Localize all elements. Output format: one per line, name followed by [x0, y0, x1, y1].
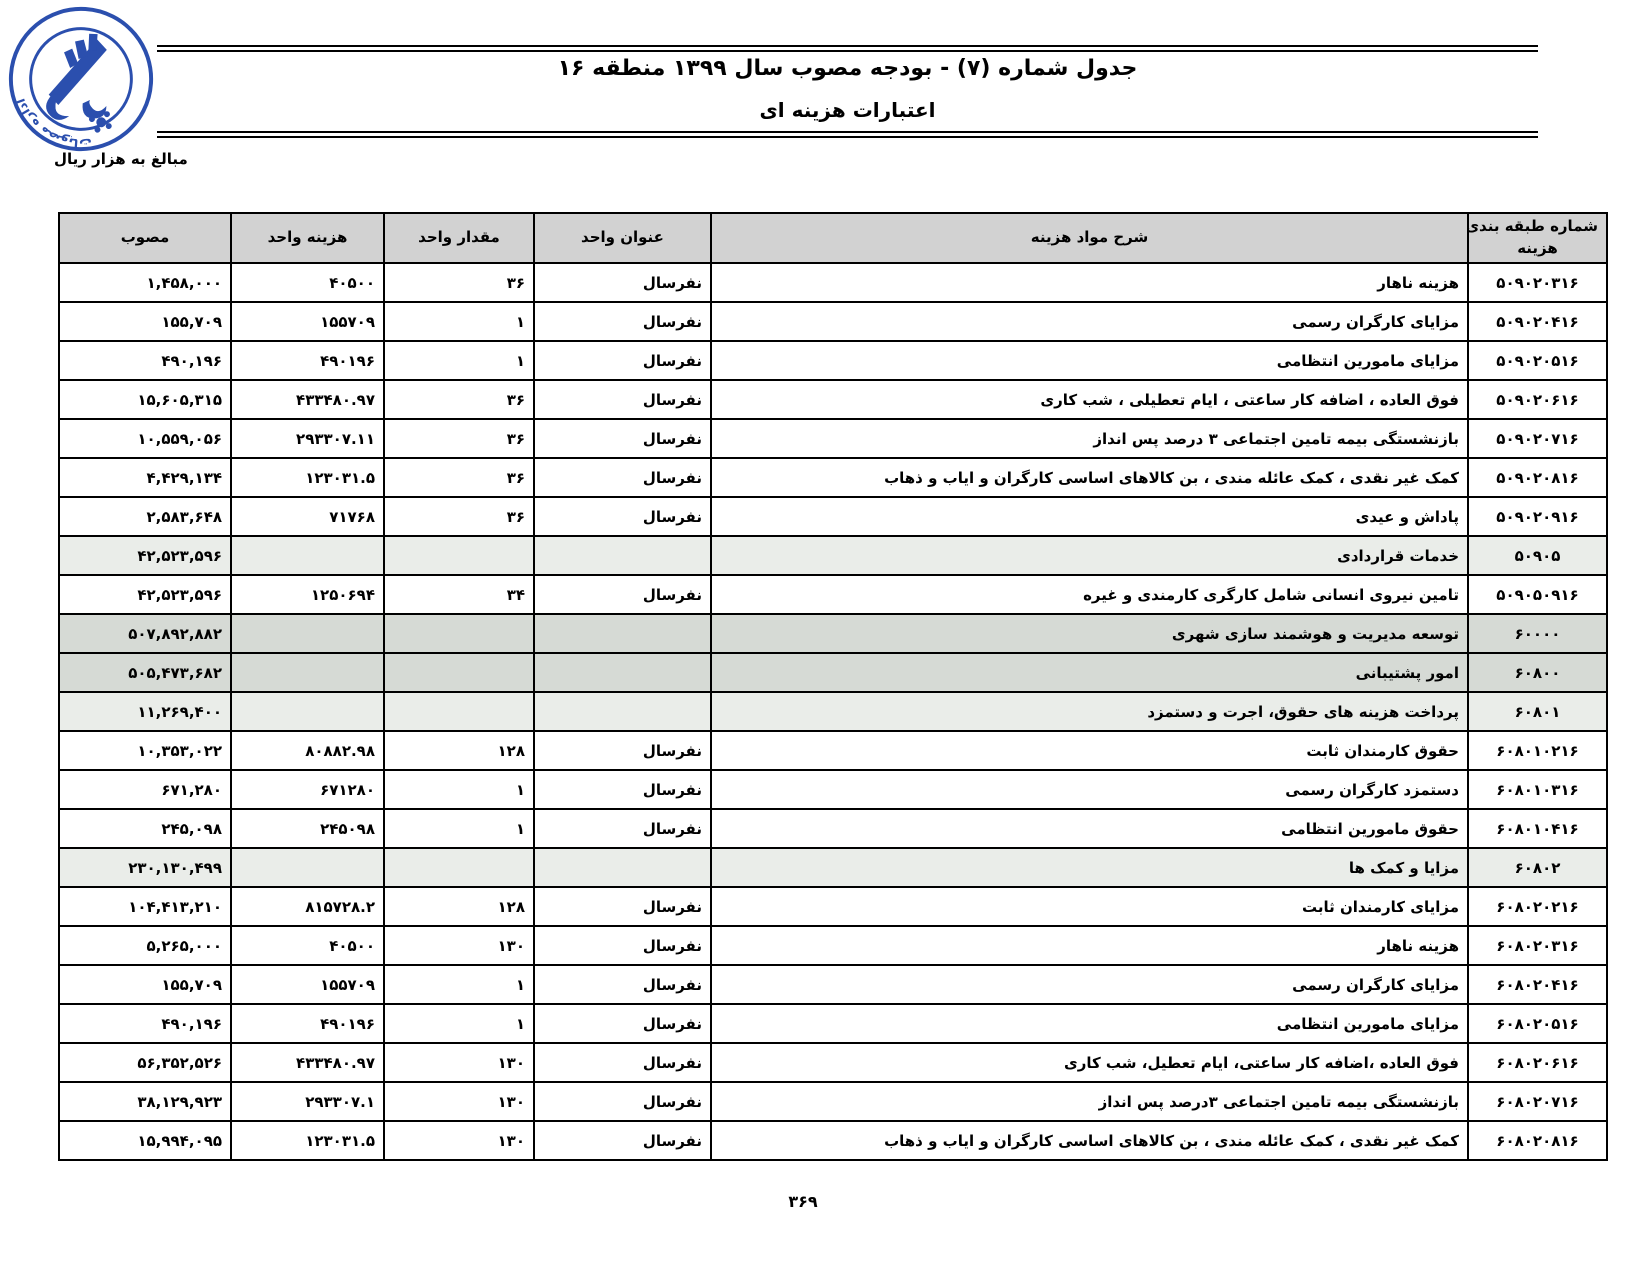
- bottom-double-rule: [157, 131, 1538, 138]
- cell-unit-quantity: ۱: [384, 770, 534, 809]
- cell-approved: ۱,۴۵۸,۰۰۰: [59, 263, 231, 302]
- cell-unit-title: نفرسال: [534, 1121, 711, 1160]
- cell-unit-title: نفرسال: [534, 965, 711, 1004]
- cell-unit-title: نفرسال: [534, 1082, 711, 1121]
- cell-description: هزینه ناهار: [711, 263, 1468, 302]
- cell-unit-quantity: [384, 692, 534, 731]
- top-double-rule: [157, 45, 1538, 52]
- table-row: ۶۰۸۰۱ پرداخت هزینه های حقوق، اجرت و دستم…: [59, 692, 1607, 731]
- header-classification-line2: هزینه: [1477, 238, 1598, 260]
- cell-unit-cost: [231, 653, 384, 692]
- table-row: ۶۰۸۰۲۰۶۱۶ فوق العاده ،اضافه کار ساعتی، ا…: [59, 1043, 1607, 1082]
- document-title: جدول شماره (۷) - بودجه مصوب سال ۱۳۹۹ منط…: [157, 56, 1538, 81]
- cell-unit-title: نفرسال: [534, 1004, 711, 1043]
- cell-approved: ۲۳۰,۱۳۰,۴۹۹: [59, 848, 231, 887]
- header-unit-title: عنوان واحد: [534, 213, 711, 263]
- cell-approved: ۴۲,۵۲۳,۵۹۶: [59, 575, 231, 614]
- cell-unit-cost: [231, 536, 384, 575]
- cell-unit-quantity: ۱: [384, 1004, 534, 1043]
- cell-description: دستمزد کارگران رسمی: [711, 770, 1468, 809]
- cell-classification-number: ۵۰۹۰۲۰۷۱۶: [1468, 419, 1607, 458]
- cell-description: مزایای کارگران رسمی: [711, 965, 1468, 1004]
- cell-unit-title: نفرسال: [534, 1043, 711, 1082]
- cell-unit-quantity: ۳۶: [384, 419, 534, 458]
- cell-description: فوق العاده ،اضافه کار ساعتی، ایام تعطیل،…: [711, 1043, 1468, 1082]
- cell-unit-title: نفرسال: [534, 458, 711, 497]
- cell-unit-title: [534, 536, 711, 575]
- cell-classification-number: ۶۰۸۰۲۰۵۱۶: [1468, 1004, 1607, 1043]
- cell-description: مزایای کارمندان ثابت: [711, 887, 1468, 926]
- cell-unit-quantity: ۱۳۰: [384, 1121, 534, 1160]
- cell-classification-number: ۶۰۸۰۱۰۲۱۶: [1468, 731, 1607, 770]
- cell-unit-title: نفرسال: [534, 575, 711, 614]
- table-row: ۶۰۸۰۲۰۷۱۶ بازنشستگی بیمه تامین اجتماعی ۳…: [59, 1082, 1607, 1121]
- cell-unit-title: نفرسال: [534, 419, 711, 458]
- cell-approved: ۶۷۱,۲۸۰: [59, 770, 231, 809]
- cell-unit-title: [534, 692, 711, 731]
- header-classification-line1: شماره طبقه بندی: [1477, 216, 1598, 238]
- cell-classification-number: ۵۰۹۰۲۰۶۱۶: [1468, 380, 1607, 419]
- cell-classification-number: ۶۰۸۰۲۰۷۱۶: [1468, 1082, 1607, 1121]
- cell-unit-title: نفرسال: [534, 341, 711, 380]
- cell-approved: ۲۴۵,۰۹۸: [59, 809, 231, 848]
- cell-description: پرداخت هزینه های حقوق، اجرت و دستمزد: [711, 692, 1468, 731]
- cell-description: مزایای مامورین انتظامی: [711, 341, 1468, 380]
- cell-classification-number: ۵۰۹۰۲۰۴۱۶: [1468, 302, 1607, 341]
- cell-unit-cost: ۴۰۵۰۰: [231, 263, 384, 302]
- table-row: ۶۰۸۰۲۰۲۱۶ مزایای کارمندان ثابت نفرسال ۱۲…: [59, 887, 1607, 926]
- cell-classification-number: ۵۰۹۰۲۰۵۱۶: [1468, 341, 1607, 380]
- cell-unit-cost: ۲۴۵۰۹۸: [231, 809, 384, 848]
- cell-unit-title: نفرسال: [534, 497, 711, 536]
- cell-classification-number: ۵۰۹۰۲۰۸۱۶: [1468, 458, 1607, 497]
- table-row: ۵۰۹۰۲۰۴۱۶ مزایای کارگران رسمی نفرسال ۱ ۱…: [59, 302, 1607, 341]
- cell-unit-quantity: [384, 536, 534, 575]
- cell-unit-quantity: ۳۶: [384, 458, 534, 497]
- cell-unit-title: نفرسال: [534, 302, 711, 341]
- cell-description: کمک غیر نقدی ، کمک عائله مندی ، بن کالاه…: [711, 1121, 1468, 1160]
- cell-approved: ۴۹۰,۱۹۶: [59, 341, 231, 380]
- cell-unit-cost: ۱۵۵۷۰۹: [231, 302, 384, 341]
- cell-unit-quantity: ۱: [384, 341, 534, 380]
- cell-classification-number: ۵۰۹۰۵۰۹۱۶: [1468, 575, 1607, 614]
- cell-approved: ۱۰۴,۴۱۳,۲۱۰: [59, 887, 231, 926]
- cell-description: تامین نیروی انسانی شامل کارگری کارمندی و…: [711, 575, 1468, 614]
- cell-unit-title: [534, 653, 711, 692]
- cell-unit-quantity: [384, 653, 534, 692]
- cell-unit-title: [534, 614, 711, 653]
- cell-classification-number: ۶۰۰۰۰: [1468, 614, 1607, 653]
- cell-classification-number: ۶۰۸۰۱: [1468, 692, 1607, 731]
- table-row: ۶۰۰۰۰ توسعه مدیریت و هوشمند سازی شهری ۵۰…: [59, 614, 1607, 653]
- cell-unit-cost: ۴۰۵۰۰: [231, 926, 384, 965]
- cell-unit-quantity: ۳۶: [384, 380, 534, 419]
- budget-table: شماره طبقه بندی هزینه شرح مواد هزینه عنو…: [58, 212, 1608, 1161]
- cell-unit-cost: ۱۵۵۷۰۹: [231, 965, 384, 1004]
- table-header-row: شماره طبقه بندی هزینه شرح مواد هزینه عنو…: [59, 213, 1607, 263]
- cell-approved: ۳۸,۱۲۹,۹۲۳: [59, 1082, 231, 1121]
- table-row: ۵۰۹۰۵ خدمات قراردادی ۴۲,۵۲۳,۵۹۶: [59, 536, 1607, 575]
- table-row: ۵۰۹۰۲۰۳۱۶ هزینه ناهار نفرسال ۳۶ ۴۰۵۰۰ ۱,…: [59, 263, 1607, 302]
- cell-description: هزینه ناهار: [711, 926, 1468, 965]
- table-row: ۵۰۹۰۲۰۸۱۶ کمک غیر نقدی ، کمک عائله مندی …: [59, 458, 1607, 497]
- cell-classification-number: ۶۰۸۰۲۰۸۱۶: [1468, 1121, 1607, 1160]
- cell-unit-quantity: [384, 614, 534, 653]
- table-row: ۶۰۸۰۱۰۳۱۶ دستمزد کارگران رسمی نفرسال ۱ ۶…: [59, 770, 1607, 809]
- cell-unit-quantity: ۳۶: [384, 263, 534, 302]
- cell-classification-number: ۶۰۸۰۰: [1468, 653, 1607, 692]
- cell-description: فوق العاده ، اضافه کار ساعتی ، ایام تعطی…: [711, 380, 1468, 419]
- header-classification-number: شماره طبقه بندی هزینه: [1468, 213, 1607, 263]
- document-page: { "page": { "title_line1": "جدول شماره (…: [0, 0, 1650, 1275]
- cell-approved: ۵۶,۳۵۲,۵۲۶: [59, 1043, 231, 1082]
- cell-approved: ۱۵۵,۷۰۹: [59, 965, 231, 1004]
- cell-classification-number: ۵۰۹۰۲۰۳۱۶: [1468, 263, 1607, 302]
- cell-unit-cost: ۱۲۳۰۳۱.۵: [231, 1121, 384, 1160]
- cell-unit-cost: ۴۳۳۴۸۰.۹۷: [231, 1043, 384, 1082]
- cell-unit-quantity: ۱: [384, 302, 534, 341]
- table-row: ۶۰۸۰۱۰۲۱۶ حقوق کارمندان ثابت نفرسال ۱۲۸ …: [59, 731, 1607, 770]
- table-row: ۶۰۸۰۲۰۸۱۶ کمک غیر نقدی ، کمک عائله مندی …: [59, 1121, 1607, 1160]
- cell-approved: ۱۰,۳۵۳,۰۲۲: [59, 731, 231, 770]
- cell-description: کمک غیر نقدی ، کمک عائله مندی ، بن کالاه…: [711, 458, 1468, 497]
- table-row: ۶۰۸۰۲۰۵۱۶ مزایای مامورین انتظامی نفرسال …: [59, 1004, 1607, 1043]
- cell-description: پاداش و عیدی: [711, 497, 1468, 536]
- table-row: ۶۰۸۰۰ امور پشتیبانی ۵۰۵,۴۷۳,۶۸۲: [59, 653, 1607, 692]
- header-approved: مصوب: [59, 213, 231, 263]
- cell-description: خدمات قراردادی: [711, 536, 1468, 575]
- cell-unit-quantity: ۱: [384, 965, 534, 1004]
- cell-unit-title: نفرسال: [534, 809, 711, 848]
- cell-unit-cost: ۱۲۵۰۶۹۴: [231, 575, 384, 614]
- cell-description: مزایای مامورین انتظامی: [711, 1004, 1468, 1043]
- cell-unit-quantity: ۱۳۰: [384, 1043, 534, 1082]
- cell-unit-cost: ۴۳۳۴۸۰.۹۷: [231, 380, 384, 419]
- cell-approved: ۴۹۰,۱۹۶: [59, 1004, 231, 1043]
- header-unit-cost: هزینه واحد: [231, 213, 384, 263]
- cell-approved: ۱۵۵,۷۰۹: [59, 302, 231, 341]
- table-row: ۵۰۹۰۵۰۹۱۶ تامین نیروی انسانی شامل کارگری…: [59, 575, 1607, 614]
- amounts-unit-note: مبالغ به هزار ریال: [54, 150, 188, 168]
- cell-approved: ۱۵,۶۰۵,۳۱۵: [59, 380, 231, 419]
- cell-unit-cost: ۴۹۰۱۹۶: [231, 341, 384, 380]
- cell-description: امور پشتیبانی: [711, 653, 1468, 692]
- cell-description: مزایای کارگران رسمی: [711, 302, 1468, 341]
- cell-approved: ۵۰۵,۴۷۳,۶۸۲: [59, 653, 231, 692]
- table-row: ۶۰۸۰۲۰۴۱۶ مزایای کارگران رسمی نفرسال ۱ ۱…: [59, 965, 1607, 1004]
- cell-approved: ۱۵,۹۹۴,۰۹۵: [59, 1121, 231, 1160]
- cell-unit-cost: ۶۷۱۲۸۰: [231, 770, 384, 809]
- cell-unit-cost: ۲۹۳۳۰۷.۱۱: [231, 419, 384, 458]
- cell-unit-title: نفرسال: [534, 926, 711, 965]
- cell-unit-quantity: ۳۶: [384, 497, 534, 536]
- cell-classification-number: ۶۰۸۰۲۰۳۱۶: [1468, 926, 1607, 965]
- cell-unit-cost: [231, 692, 384, 731]
- cell-description: مزایا و کمک ها: [711, 848, 1468, 887]
- cell-unit-quantity: ۱۲۸: [384, 731, 534, 770]
- document-subtitle: اعتبارات هزینه ای: [157, 98, 1538, 122]
- header-description: شرح مواد هزینه: [711, 213, 1468, 263]
- table-row: ۶۰۸۰۱۰۴۱۶ حقوق مامورین انتظامی نفرسال ۱ …: [59, 809, 1607, 848]
- page-number: ۳۶۹: [58, 1192, 1548, 1211]
- cell-unit-cost: ۴۹۰۱۹۶: [231, 1004, 384, 1043]
- cell-description: بازنشستگی بیمه تامین اجتماعی ۳ درصد پس ا…: [711, 419, 1468, 458]
- cell-unit-cost: ۸۰۸۸۲.۹۸: [231, 731, 384, 770]
- cell-unit-title: نفرسال: [534, 263, 711, 302]
- cell-approved: ۵,۲۶۵,۰۰۰: [59, 926, 231, 965]
- cell-unit-title: نفرسال: [534, 731, 711, 770]
- council-stamp-logo: اداره مصوبات شورای اسلامی شهر تهران: [2, 0, 160, 158]
- header-unit-quantity: مقدار واحد: [384, 213, 534, 263]
- cell-unit-quantity: [384, 848, 534, 887]
- cell-unit-cost: [231, 848, 384, 887]
- cell-classification-number: ۵۰۹۰۵: [1468, 536, 1607, 575]
- cell-unit-quantity: ۱۲۸: [384, 887, 534, 926]
- cell-unit-title: [534, 848, 711, 887]
- cell-unit-title: نفرسال: [534, 770, 711, 809]
- budget-table-body: ۵۰۹۰۲۰۳۱۶ هزینه ناهار نفرسال ۳۶ ۴۰۵۰۰ ۱,…: [59, 263, 1607, 1160]
- table-row: ۵۰۹۰۲۰۶۱۶ فوق العاده ، اضافه کار ساعتی ،…: [59, 380, 1607, 419]
- cell-unit-cost: ۱۲۳۰۳۱.۵: [231, 458, 384, 497]
- cell-classification-number: ۶۰۸۰۲۰۴۱۶: [1468, 965, 1607, 1004]
- cell-classification-number: ۶۰۸۰۲۰۶۱۶: [1468, 1043, 1607, 1082]
- cell-unit-quantity: ۱: [384, 809, 534, 848]
- cell-classification-number: ۶۰۸۰۲۰۲۱۶: [1468, 887, 1607, 926]
- cell-approved: ۴,۴۲۹,۱۳۴: [59, 458, 231, 497]
- cell-unit-title: نفرسال: [534, 887, 711, 926]
- cell-unit-quantity: ۱۳۰: [384, 1082, 534, 1121]
- table-row: ۶۰۸۰۲۰۳۱۶ هزینه ناهار نفرسال ۱۳۰ ۴۰۵۰۰ ۵…: [59, 926, 1607, 965]
- cell-description: حقوق مامورین انتظامی: [711, 809, 1468, 848]
- table-row: ۵۰۹۰۲۰۷۱۶ بازنشستگی بیمه تامین اجتماعی ۳…: [59, 419, 1607, 458]
- cell-unit-cost: [231, 614, 384, 653]
- cell-description: توسعه مدیریت و هوشمند سازی شهری: [711, 614, 1468, 653]
- table-row: ۵۰۹۰۲۰۵۱۶ مزایای مامورین انتظامی نفرسال …: [59, 341, 1607, 380]
- table-row: ۶۰۸۰۲ مزایا و کمک ها ۲۳۰,۱۳۰,۴۹۹: [59, 848, 1607, 887]
- cell-approved: ۴۲,۵۲۳,۵۹۶: [59, 536, 231, 575]
- cell-unit-title: نفرسال: [534, 380, 711, 419]
- cell-classification-number: ۶۰۸۰۲: [1468, 848, 1607, 887]
- cell-classification-number: ۶۰۸۰۱۰۳۱۶: [1468, 770, 1607, 809]
- cell-unit-cost: ۲۹۳۳۰۷.۱: [231, 1082, 384, 1121]
- cell-classification-number: ۵۰۹۰۲۰۹۱۶: [1468, 497, 1607, 536]
- cell-description: بازنشستگی بیمه تامین اجتماعی ۳درصد پس ان…: [711, 1082, 1468, 1121]
- cell-approved: ۲,۵۸۳,۶۴۸: [59, 497, 231, 536]
- table-row: ۵۰۹۰۲۰۹۱۶ پاداش و عیدی نفرسال ۳۶ ۷۱۷۶۸ ۲…: [59, 497, 1607, 536]
- cell-classification-number: ۶۰۸۰۱۰۴۱۶: [1468, 809, 1607, 848]
- cell-unit-cost: ۷۱۷۶۸: [231, 497, 384, 536]
- cell-unit-quantity: ۱۳۰: [384, 926, 534, 965]
- cell-description: حقوق کارمندان ثابت: [711, 731, 1468, 770]
- cell-unit-cost: ۸۱۵۷۲۸.۲: [231, 887, 384, 926]
- cell-unit-quantity: ۳۴: [384, 575, 534, 614]
- cell-approved: ۱۱,۲۶۹,۴۰۰: [59, 692, 231, 731]
- cell-approved: ۱۰,۵۵۹,۰۵۶: [59, 419, 231, 458]
- cell-approved: ۵۰۷,۸۹۲,۸۸۲: [59, 614, 231, 653]
